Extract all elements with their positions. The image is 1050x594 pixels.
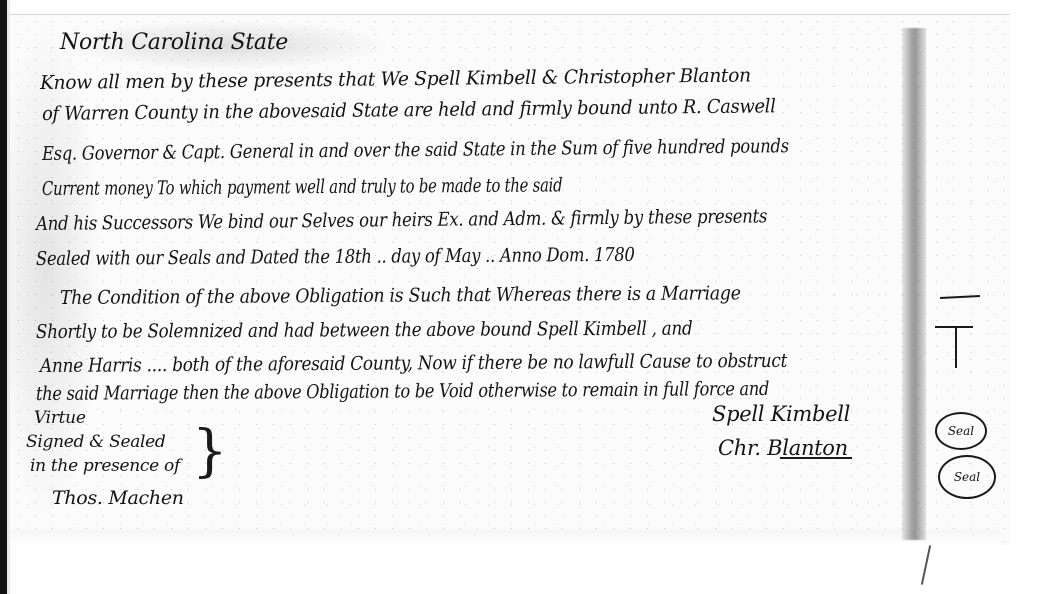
fold-crease [902,28,926,540]
witness-signature: Thos. Machen [52,487,184,509]
seal-1: Seal [935,412,987,450]
body-line-6-date: Sealed with our Seals and Dated the 18th… [36,244,635,270]
line-end-flourish-vertical [955,328,957,368]
witness-brace: } [192,424,228,480]
witness-label-signed-sealed: Signed & Sealed [26,432,166,452]
stray-ink-mark [921,545,931,585]
condition-line-2: Shortly to be Solemnized and had between… [36,318,692,343]
condition-line-5: Virtue [34,408,86,428]
paper-bottom-edge [10,530,1000,546]
body-line-4: Current money To which payment well and … [42,174,563,200]
line-end-flourish [935,326,973,328]
scan-left-border [0,0,7,594]
signature-spell-kimbell: Spell Kimbell [712,402,850,426]
witness-label-presence: in the presence of [30,456,180,476]
document-heading: North Carolina State [60,30,288,55]
signature-underline [780,457,852,459]
seal-2: Seal [938,455,996,499]
